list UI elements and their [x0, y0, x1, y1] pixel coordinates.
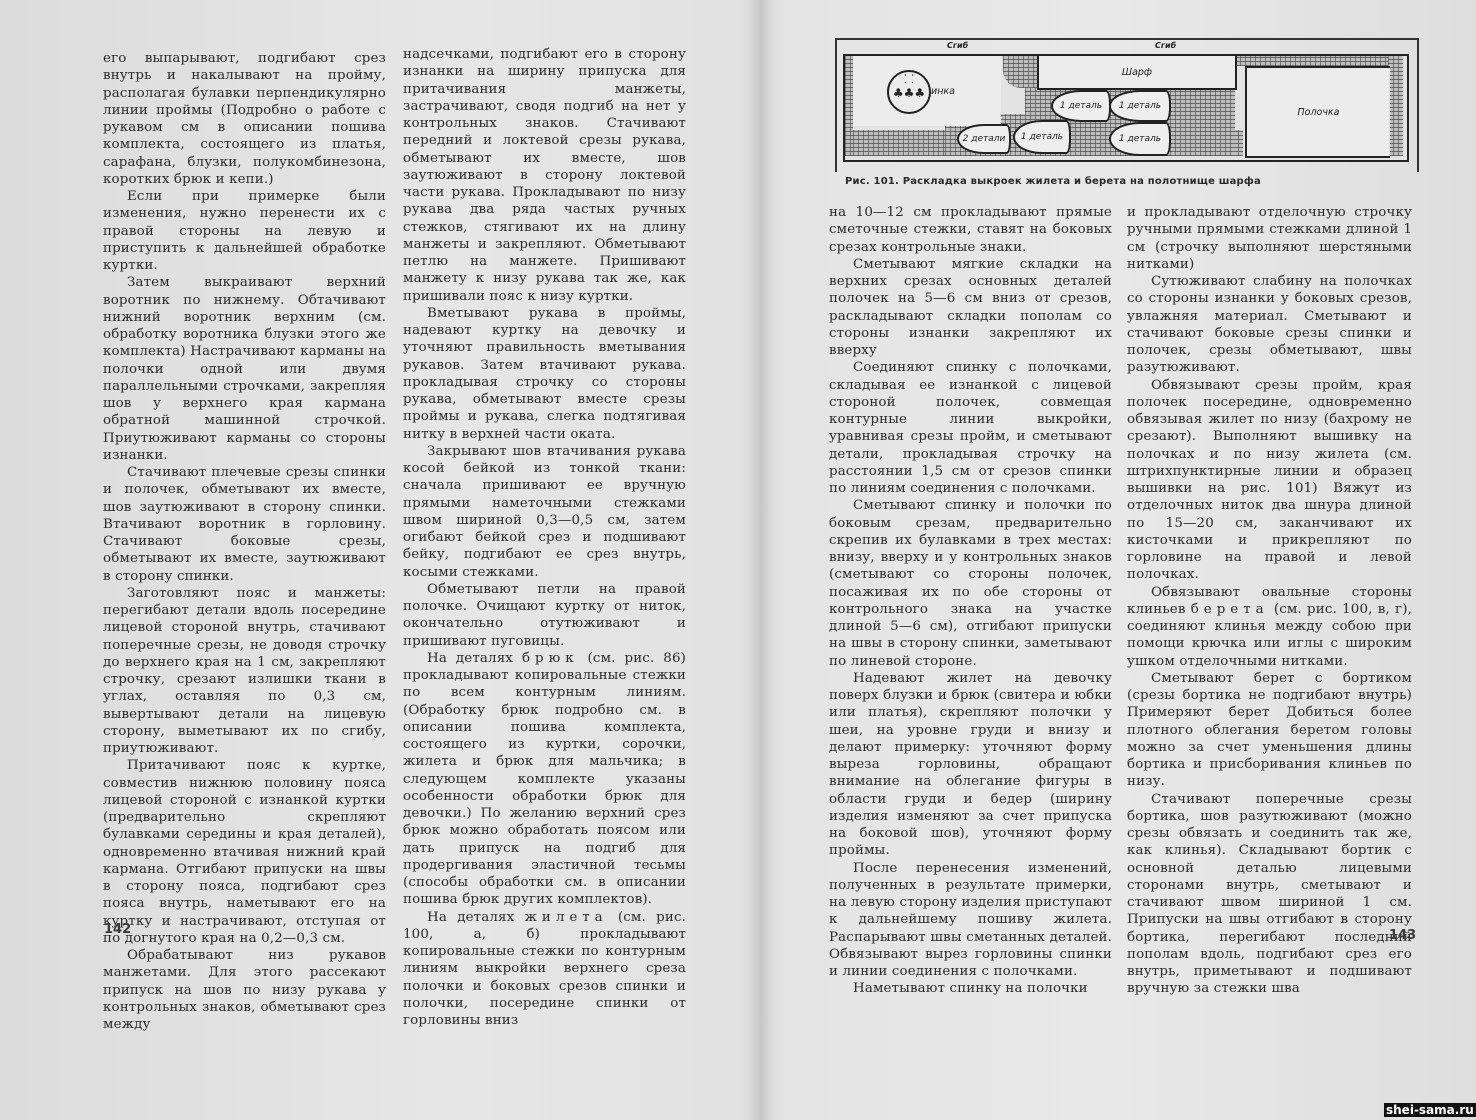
- watermark: shei-sama.ru: [1384, 1103, 1476, 1117]
- left-page-column-2: надсечками, подгибают его в сторону изна…: [403, 46, 686, 1029]
- paragraph: его выпарывают, подгибают срез внутрь и …: [103, 50, 386, 188]
- piece-wedge: 1 деталь: [1109, 90, 1171, 122]
- piece-label: 1 деталь: [1021, 132, 1063, 142]
- paragraph: на 10—12 см прокладывают прямые сметочны…: [829, 204, 1112, 256]
- paragraph: Надевают жилет на девочку поверх блузки …: [829, 670, 1112, 860]
- piece-label: Шарф: [1122, 67, 1152, 78]
- paragraph: Стачивают поперечные срезы бортика, шов …: [1127, 791, 1412, 998]
- spaced-term: берета: [1191, 602, 1269, 617]
- paragraph: Сметывают спинку и полочки по боковым ср…: [829, 497, 1112, 670]
- paragraph: Сметывают мягкие складки на верхних срез…: [829, 256, 1112, 360]
- right-page-column-2: и прокладывают отделочную строчку ручным…: [1127, 204, 1412, 998]
- paragraph: Обрабатывают низ рукавов манжетами. Для …: [103, 947, 386, 1033]
- text: (см. рис. 100, а, б) прокладывают копиро…: [403, 910, 686, 1029]
- paragraph: Заготовляют пояс и манжеты: перегибают д…: [103, 585, 386, 758]
- piece-wedge: 1 деталь: [1109, 122, 1171, 156]
- paragraph: На деталях жилета (см. рис. 100, а, б) п…: [403, 909, 686, 1030]
- paragraph: Если при примерке были изменения, нужно …: [103, 188, 386, 274]
- paragraph: Сутюживают слабину на полочках со сторон…: [1127, 273, 1412, 377]
- paragraph: Стачивают плечевые срезы спинки и полоче…: [103, 464, 386, 585]
- paragraph: Обвязывают овальные стороны клиньев бере…: [1127, 584, 1412, 670]
- paragraph: Соединяют спинку с полочками, складывая …: [829, 359, 1112, 497]
- spaced-term: жилета: [525, 910, 608, 925]
- figure-caption: Рис. 101. Раскладка выкроек жилета и бер…: [845, 176, 1405, 187]
- paragraph: Обвязывают срезы пройм, края полочек пос…: [1127, 377, 1412, 584]
- piece-label: 1 деталь: [1060, 101, 1102, 111]
- fabric-panel: Спинка ⸬♣♣♣ Шарф Полочка 2 детали 1 дета…: [843, 54, 1409, 162]
- text: (см. рис. 86) прокладывают копировальные…: [403, 651, 686, 908]
- paragraph: Сметывают берет с бортиком (срезы бортик…: [1127, 670, 1412, 791]
- paragraph: надсечками, подгибают его в сторону изна…: [403, 46, 686, 305]
- right-page-column-1: на 10—12 см прокладывают прямые сметочны…: [829, 204, 1112, 998]
- text: На деталях: [427, 651, 522, 666]
- fold-label: Сгиб: [947, 41, 968, 50]
- hatch-area: [1225, 56, 1397, 66]
- piece-wedge: 1 деталь: [1013, 120, 1071, 154]
- piece-wedge: 2 детали: [957, 124, 1011, 154]
- paragraph: После перенесения изменений, полученных …: [829, 860, 1112, 981]
- paragraph: Обметывают петли на правой полочке. Очищ…: [403, 581, 686, 650]
- paragraph: и прокладывают отделочную строчку ручным…: [1127, 204, 1412, 273]
- paragraph: Притачивают пояс к куртке, совместив ниж…: [103, 757, 386, 947]
- piece-label: 2 детали: [963, 134, 1006, 144]
- piece-label: 1 деталь: [1119, 101, 1161, 111]
- piece-scarf: Шарф: [1037, 56, 1237, 90]
- hatch-area: [1003, 56, 1039, 88]
- text: На деталях: [427, 910, 525, 925]
- piece-wedge: 1 деталь: [1051, 90, 1111, 122]
- book-gutter: [748, 0, 774, 1120]
- paragraph: Затем выкраивают верхний воротник по ниж…: [103, 274, 386, 464]
- page-number-left: 142: [104, 922, 131, 937]
- paragraph: На деталях брюк (см. рис. 86) прокладыва…: [403, 650, 686, 909]
- figure-layout-diagram: Сгиб Сгиб Спинка ⸬♣♣♣ Шарф Полочка 2 дет…: [835, 38, 1419, 172]
- book-spread: его выпарывают, подгибают срез внутрь и …: [0, 0, 1476, 1120]
- fold-label: Сгиб: [1155, 41, 1176, 50]
- paragraph: Наметывают спинку на полочки: [829, 980, 1112, 997]
- embroidery-sample-icon: ⸬♣♣♣: [887, 70, 931, 114]
- left-page-column-1: его выпарывают, подгибают срез внутрь и …: [103, 50, 386, 1033]
- piece-label: 1 деталь: [1119, 134, 1161, 144]
- piece-label: Полочка: [1297, 107, 1339, 118]
- page-number-right: 143: [1389, 928, 1416, 943]
- paragraph: Вметывают рукава в проймы, надевают курт…: [403, 305, 686, 443]
- piece-front: Полочка: [1245, 66, 1390, 158]
- hatch-area: [1388, 56, 1403, 156]
- paragraph: Закрывают шов втачивания рукава косой бе…: [403, 443, 686, 581]
- hatch-area: [845, 56, 853, 156]
- spaced-term: брюк: [522, 651, 579, 666]
